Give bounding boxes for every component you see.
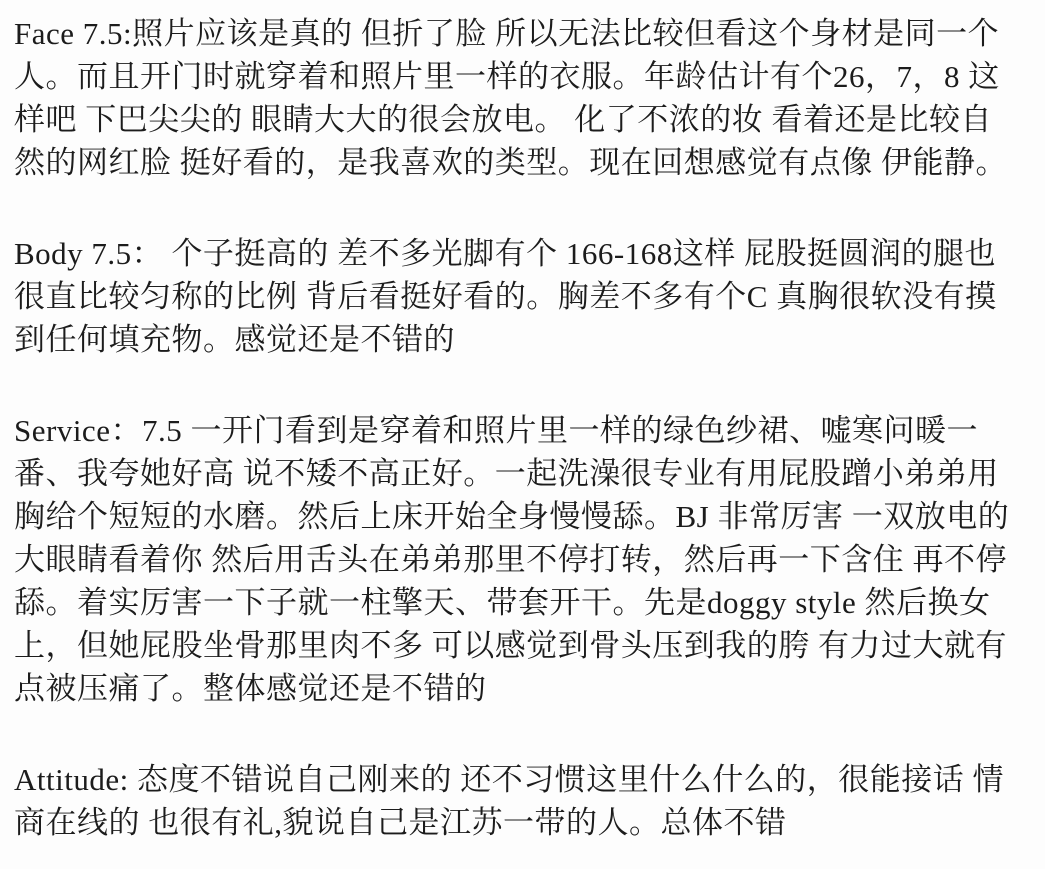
service-section-label: Service： bbox=[14, 413, 142, 448]
review-section-attitude: Attitude: 态度不错说自己刚来的 还不习惯这里什么什么的，很能接话 情商… bbox=[14, 758, 1019, 844]
service-section-text: 7.5 一开门看到是穿着和照片里一样的绿色纱裙、嘘寒问暖一番、我夸她好高 说不矮… bbox=[14, 413, 1009, 706]
review-document: Face 7.5:照片应该是真的 但折了脸 所以无法比较但看这个身材是同一个人。… bbox=[0, 0, 1045, 869]
face-section-text: 照片应该是真的 但折了脸 所以无法比较但看这个身材是同一个人。而且开门时就穿着和… bbox=[14, 16, 1007, 180]
review-section-body: Body 7.5： 个子挺高的 差不多光脚有个 166-168这样 屁股挺圆润的… bbox=[14, 232, 1019, 361]
face-section-label: Face 7.5: bbox=[14, 16, 132, 51]
attitude-section-label: Attitude: bbox=[14, 762, 129, 797]
review-section-face: Face 7.5:照片应该是真的 但折了脸 所以无法比较但看这个身材是同一个人。… bbox=[14, 12, 1019, 184]
attitude-section-text: 态度不错说自己刚来的 还不习惯这里什么什么的，很能接话 情商在线的 也很有礼,貌… bbox=[14, 762, 1004, 840]
body-section-label: Body 7.5： bbox=[14, 236, 163, 271]
review-section-service: Service：7.5 一开门看到是穿着和照片里一样的绿色纱裙、嘘寒问暖一番、我… bbox=[14, 409, 1019, 710]
